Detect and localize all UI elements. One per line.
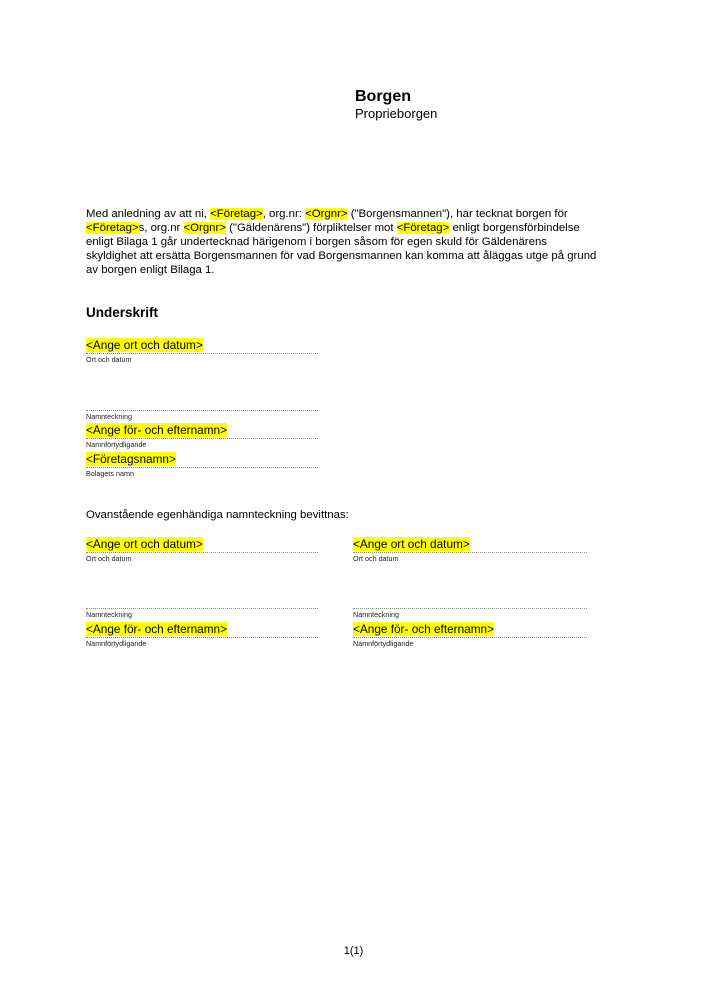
witness-2-place-date-caption: Ort och datum bbox=[353, 554, 587, 563]
intro-text: av borgen enligt Bilaga 1. bbox=[86, 264, 215, 276]
witness-intro-text: Ovanstående egenhändiga namnteckning bev… bbox=[86, 509, 349, 521]
intro-line: Med anledning av att ni, <Företag>, org.… bbox=[86, 207, 626, 221]
signature-line bbox=[86, 410, 318, 411]
signature-line bbox=[86, 637, 318, 638]
witness-2-name-field[interactable]: <Ange för- och efternamn> Namnförtydliga… bbox=[353, 622, 587, 648]
place-date-field[interactable]: <Ange ort och datum> Ort och datum bbox=[86, 338, 318, 364]
intro-line: skyldighet att ersätta Borgensmannen för… bbox=[86, 249, 626, 263]
witness-1-place-date-caption: Ort och datum bbox=[86, 554, 318, 563]
signature-line bbox=[353, 608, 587, 609]
intro-text: Med anledning av att ni, bbox=[86, 208, 210, 220]
witness-1-signature-field[interactable]: Namnteckning bbox=[86, 593, 318, 619]
intro-line: enligt Bilaga 1 går undertecknad härigen… bbox=[86, 235, 626, 249]
intro-line: av borgen enligt Bilaga 1. bbox=[86, 263, 626, 277]
witness-2-place-date-placeholder[interactable]: <Ange ort och datum> bbox=[353, 537, 470, 551]
intro-text: enligt borgensförbindelse bbox=[449, 222, 579, 234]
intro-text: , org.nr: bbox=[263, 208, 305, 220]
signature-caption: Namnteckning bbox=[86, 412, 318, 421]
name-clarification-field[interactable]: <Ange för- och efternamn> Namnförtydliga… bbox=[86, 423, 318, 449]
company-name-caption: Bolagets namn bbox=[86, 469, 318, 478]
signature-line bbox=[353, 552, 587, 553]
signature-line bbox=[86, 353, 318, 354]
name-placeholder[interactable]: <Ange för- och efternamn> bbox=[86, 423, 227, 437]
signature-line bbox=[86, 552, 318, 553]
intro-line: <Företag>s, org.nr <Orgnr> ("Gäldenärens… bbox=[86, 221, 626, 235]
signature-line bbox=[86, 438, 318, 439]
witness-2-name-caption: Namnförtydligande bbox=[353, 639, 587, 648]
document-subtitle: Proprieborgen bbox=[355, 106, 437, 122]
intro-text: s, org.nr bbox=[139, 222, 184, 234]
witness-1-name-placeholder[interactable]: <Ange för- och efternamn> bbox=[86, 622, 227, 636]
witness-2-signature-field[interactable]: Namnteckning bbox=[353, 593, 587, 619]
witness-1-place-date-field[interactable]: <Ange ort och datum> Ort och datum bbox=[86, 537, 318, 563]
intro-text: skyldighet att ersätta Borgensmannen för… bbox=[86, 250, 596, 262]
name-clarification-caption: Namnförtydligande bbox=[86, 440, 318, 449]
signature-line bbox=[86, 608, 318, 609]
witness-2-name-placeholder[interactable]: <Ange för- och efternamn> bbox=[353, 622, 494, 636]
witness-2-place-date-field[interactable]: <Ange ort och datum> Ort och datum bbox=[353, 537, 587, 563]
placeholder-field[interactable]: <Företag> bbox=[210, 208, 263, 220]
intro-text: enligt Bilaga 1 går undertecknad härigen… bbox=[86, 236, 547, 248]
placeholder-field[interactable]: <Företag> bbox=[86, 222, 139, 234]
placeholder-field[interactable]: <Företag> bbox=[397, 222, 450, 234]
company-name-placeholder[interactable]: <Företagsnamn> bbox=[86, 452, 176, 466]
company-name-field[interactable]: <Företagsnamn> Bolagets namn bbox=[86, 452, 318, 478]
signature-heading: Underskrift bbox=[86, 305, 158, 320]
intro-paragraph: Med anledning av att ni, <Företag>, org.… bbox=[86, 207, 626, 277]
place-date-placeholder[interactable]: <Ange ort och datum> bbox=[86, 338, 203, 352]
signature-line bbox=[353, 637, 587, 638]
witness-1-name-caption: Namnförtydligande bbox=[86, 639, 318, 648]
placeholder-field[interactable]: <Orgnr> bbox=[184, 222, 226, 234]
page-number: 1(1) bbox=[0, 945, 707, 957]
intro-text: ("Gäldenärens") förpliktelser mot bbox=[226, 222, 397, 234]
document-title: Borgen bbox=[355, 87, 437, 106]
signature-field[interactable]: Namnteckning bbox=[86, 395, 318, 421]
witness-1-signature-caption: Namnteckning bbox=[86, 610, 318, 619]
intro-text: ("Borgensmannen"), har tecknat borgen fö… bbox=[348, 208, 568, 220]
witness-1-place-date-placeholder[interactable]: <Ange ort och datum> bbox=[86, 537, 203, 551]
placeholder-field[interactable]: <Orgnr> bbox=[305, 208, 347, 220]
document-header: Borgen Proprieborgen bbox=[355, 87, 437, 122]
witness-1-name-field[interactable]: <Ange för- och efternamn> Namnförtydliga… bbox=[86, 622, 318, 648]
signature-line bbox=[86, 467, 318, 468]
witness-2-signature-caption: Namnteckning bbox=[353, 610, 587, 619]
place-date-caption: Ort och datum bbox=[86, 355, 318, 364]
